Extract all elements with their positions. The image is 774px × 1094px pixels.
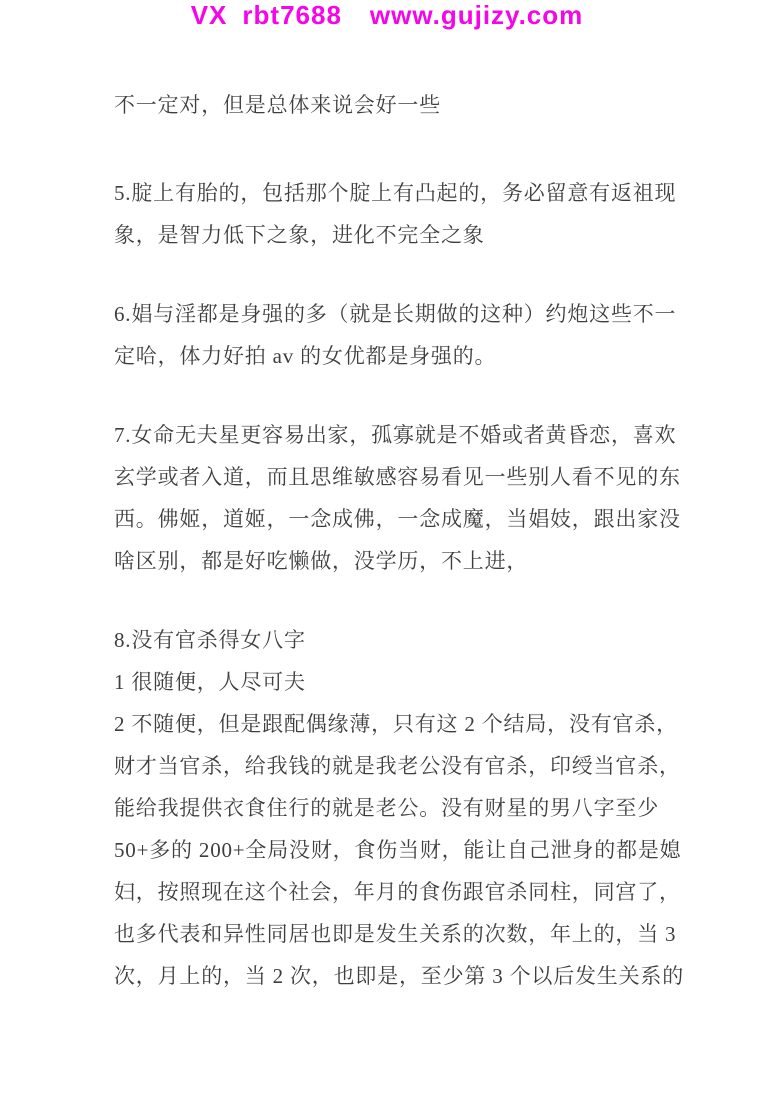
watermark-header: VX rbt7688 www.gujizy.com [0, 2, 774, 28]
text-line: 6.娼与淫都是身强的多（就是长期做的这种）约炮这些不一 [114, 293, 674, 335]
paragraph-item-6: 6.娼与淫都是身强的多（就是长期做的这种）约炮这些不一 定哈，体力好拍 av 的… [114, 293, 674, 377]
text-line: 8.没有官杀得女八字 [114, 619, 674, 661]
header-vx-label: VX [191, 2, 228, 28]
text-line: 定哈，体力好拍 av 的女优都是身强的。 [114, 335, 674, 377]
header-account: rbt7688 [242, 2, 342, 28]
text-line: 5.腚上有胎的，包括那个腚上有凸起的，务必留意有返祖现 [114, 172, 674, 214]
text-line: 也多代表和异性同居也即是发生关系的次数，年上的，当 3 [114, 913, 674, 955]
header-website: www.gujizy.com [370, 2, 583, 28]
paragraph-item-8: 8.没有官杀得女八字 1 很随便，人尽可夫 2 不随便，但是跟配偶缘薄，只有这 … [114, 619, 674, 997]
document-body: 不一定对，但是总体来说会好一些 5.腚上有胎的，包括那个腚上有凸起的，务必留意有… [114, 84, 674, 997]
text-line: 50+多的 200+全局没财，食伤当财，能让自己泄身的都是媳 [114, 829, 674, 871]
text-line: 次，月上的，当 2 次，也即是，至少第 3 个以后发生关系的 [114, 955, 674, 997]
paragraph-intro: 不一定对，但是总体来说会好一些 [114, 84, 674, 126]
text-line: 玄学或者入道，而且思维敏感容易看见一些别人看不见的东 [114, 456, 674, 498]
text-line: 不一定对，但是总体来说会好一些 [114, 84, 674, 126]
text-line: 能给我提供衣食住行的就是老公。没有财星的男八字至少 [114, 787, 674, 829]
text-line: 7.女命无夫星更容易出家，孤寡就是不婚或者黄昏恋，喜欢 [114, 414, 674, 456]
text-line: 财才当官杀，给我钱的就是我老公没有官杀，印绶当官杀， [114, 745, 674, 787]
text-line: 2 不随便，但是跟配偶缘薄，只有这 2 个结局，没有官杀， [114, 703, 674, 745]
paragraph-item-5: 5.腚上有胎的，包括那个腚上有凸起的，务必留意有返祖现 象，是智力低下之象，进化… [114, 172, 674, 256]
paragraph-item-7: 7.女命无夫星更容易出家，孤寡就是不婚或者黄昏恋，喜欢 玄学或者入道，而且思维敏… [114, 414, 674, 582]
text-line: 妇，按照现在这个社会，年月的食伤跟官杀同柱，同宫了， [114, 871, 674, 913]
text-line: 1 很随便，人尽可夫 [114, 661, 674, 703]
text-line: 啥区别，都是好吃懒做，没学历，不上进， [114, 540, 674, 582]
text-line: 西。佛姬，道姬，一念成佛，一念成魔，当娼妓，跟出家没 [114, 498, 674, 540]
document-page: VX rbt7688 www.gujizy.com 不一定对，但是总体来说会好一… [0, 0, 774, 1094]
text-line: 象，是智力低下之象，进化不完全之象 [114, 214, 674, 256]
